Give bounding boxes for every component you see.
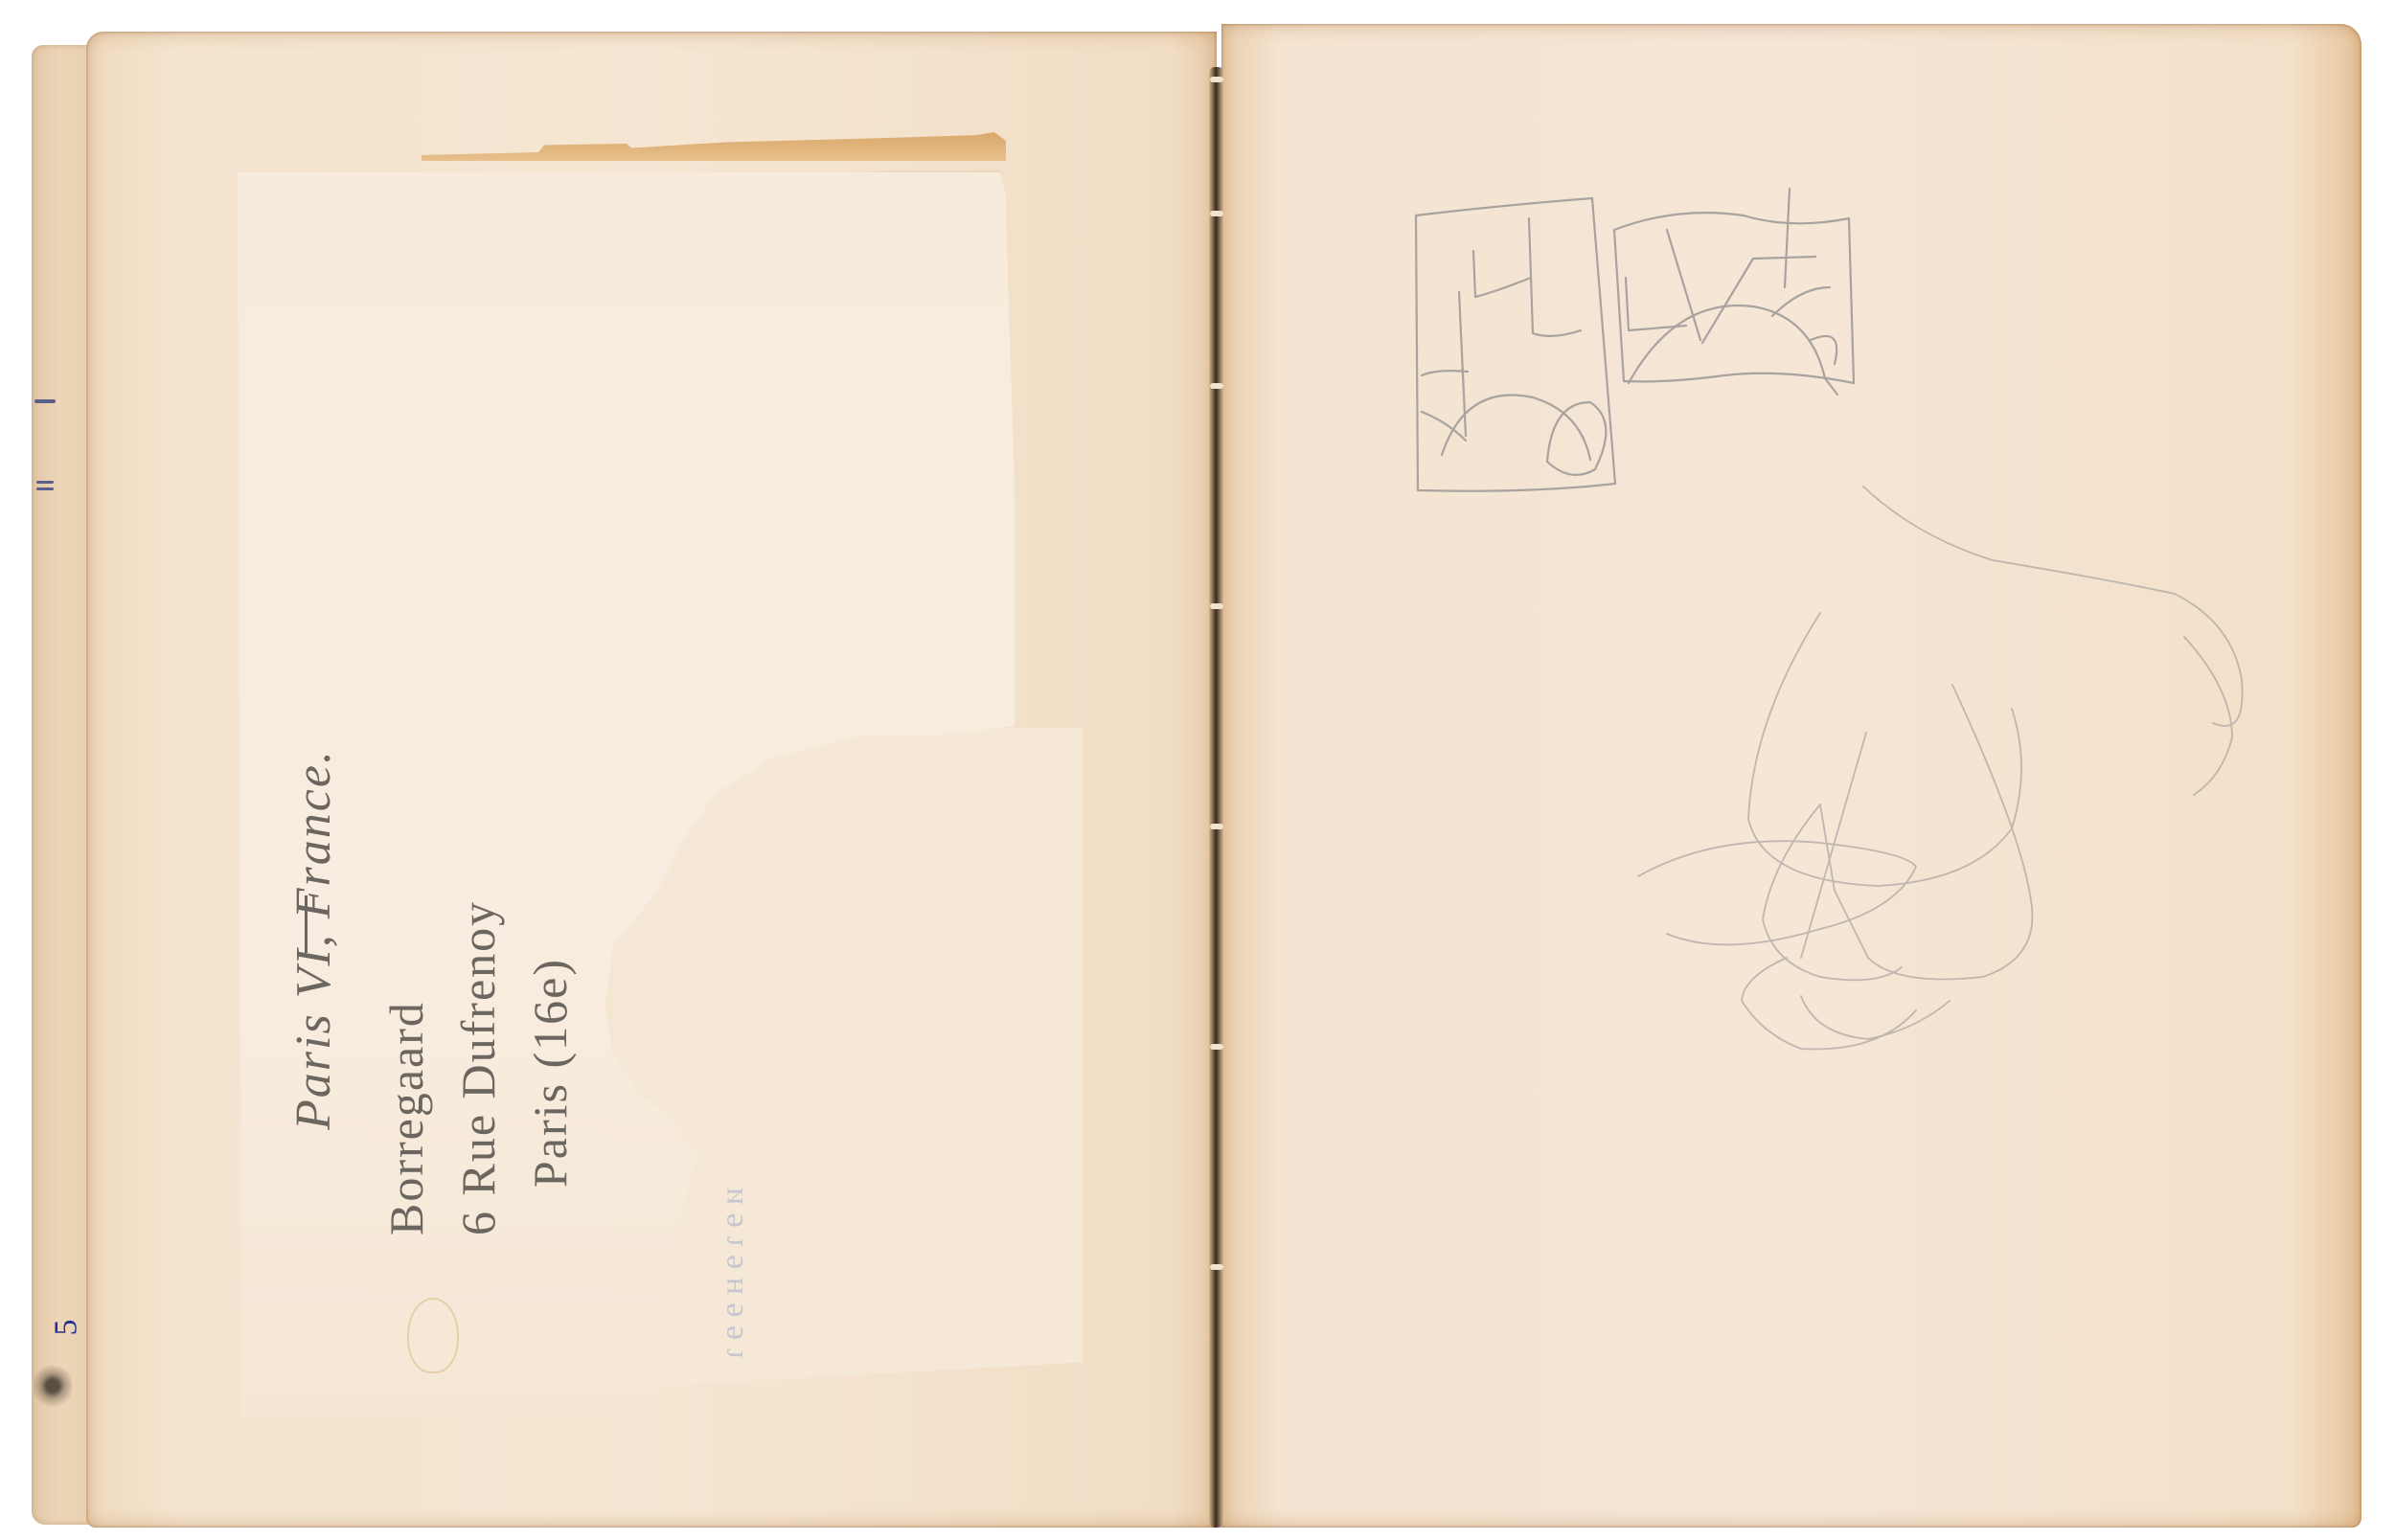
pencil-sketches <box>0 0 2395 1540</box>
figure-sketch <box>1638 487 2243 1050</box>
framed-sketch-1 <box>1416 198 1615 491</box>
framed-sketch-2 <box>1614 189 1854 395</box>
